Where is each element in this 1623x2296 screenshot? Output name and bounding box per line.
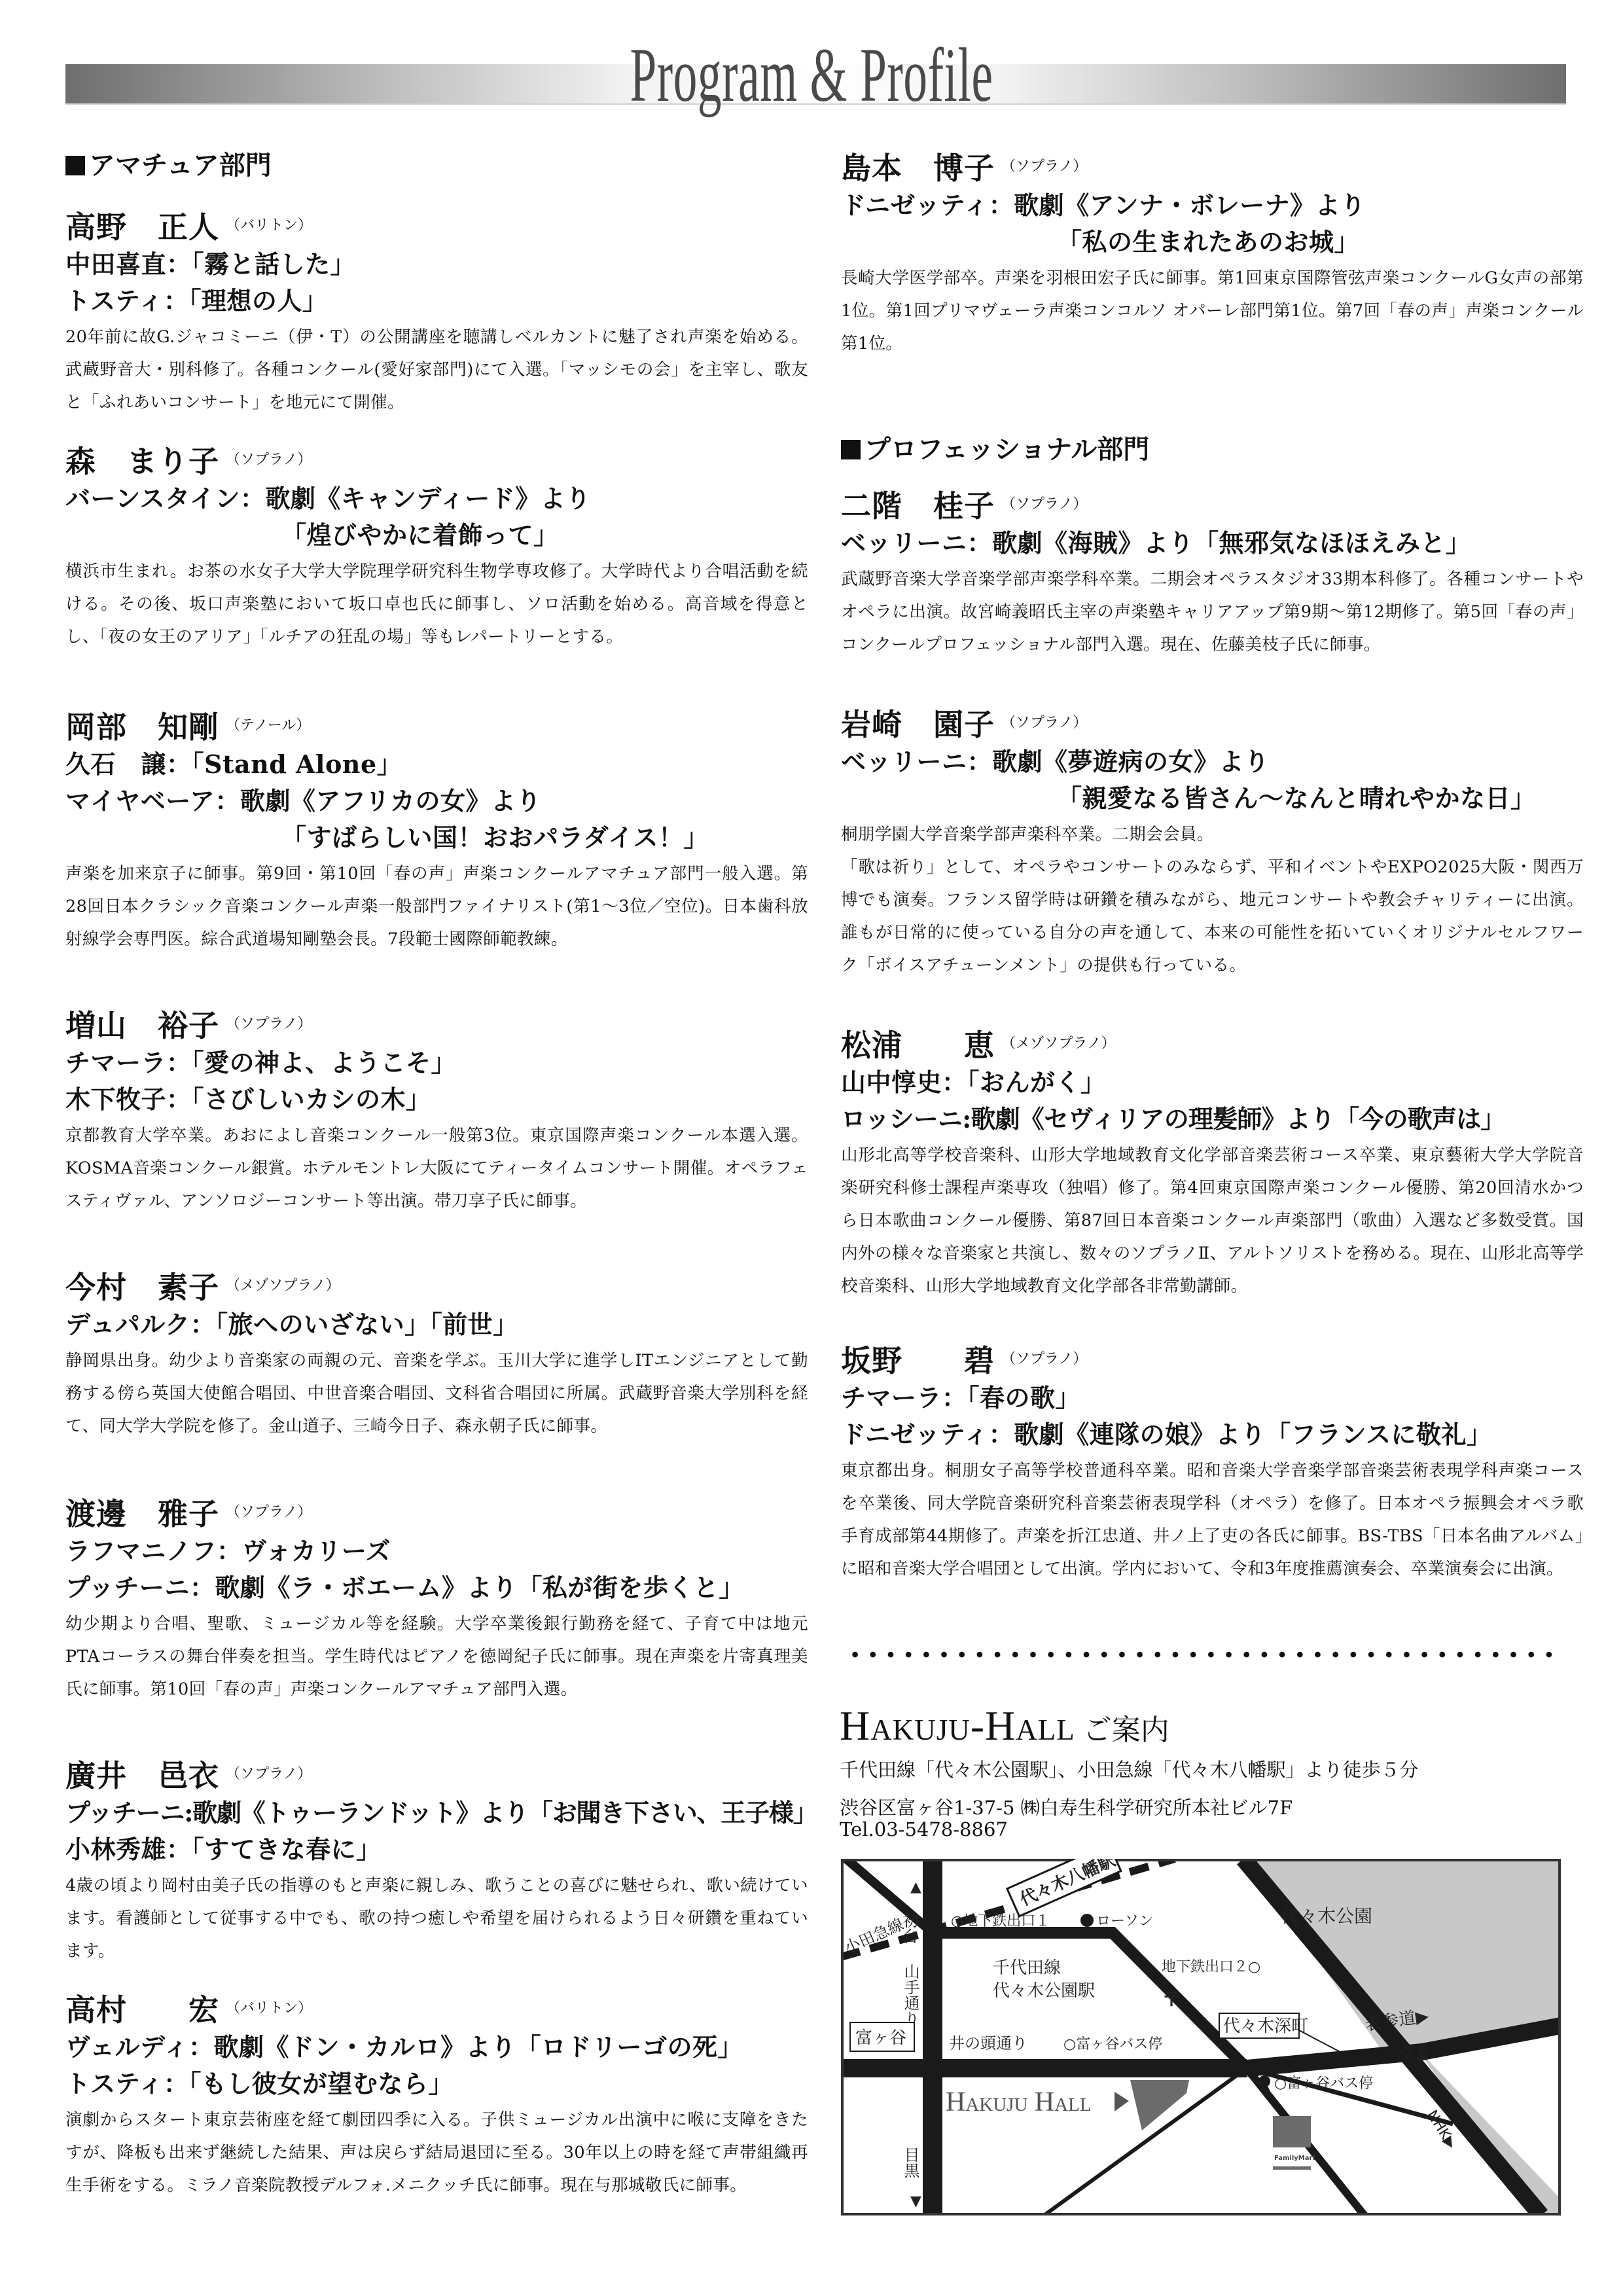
performer-name: 高野 正人 (65, 209, 219, 245)
program-item: ドニゼッティ：歌劇《連隊の娘》より「フランスに敬礼」 (841, 1416, 1584, 1453)
performer-name: 島本 博子 (841, 151, 995, 186)
square-bullet-icon (65, 156, 85, 175)
voice-part: （ソプラノ） (226, 1504, 312, 1520)
post-office-icon: 〒 (1162, 1988, 1181, 2011)
performer-entry: 高村 宏（バリトン） ヴェルディ：歌劇《ドン・カルロ》より「ロドリーゴの死」 ト… (65, 1991, 808, 2202)
access-info: 千代田線「代々木公園駅」、小田急線「代々木八幡駅」より徒歩５分 (840, 1755, 1419, 1782)
voice-part: （ソプラノ） (1001, 1351, 1087, 1367)
performer-bio: 長崎大学医学部卒。声楽を羽根田宏子氏に師事。第1回東京国際管弦声楽コンクールG女… (841, 262, 1584, 360)
performer-bio: 武蔵野音楽大学音楽学部声楽学科卒業。二期会オペラスタジオ33期本科修了。各種コン… (841, 563, 1584, 661)
yoyogi-fukamachi-label: 代々木深町 (1223, 2017, 1308, 2036)
tomigaya-bus-stop-1-label: ○富ヶ谷バス停 (1063, 2036, 1162, 2053)
performer-entry: 二階 桂子（ソプラノ） ベッリーニ：歌劇《海賊》より「無邪気なほほえみと」 武蔵… (841, 487, 1584, 661)
meguro-arrow-icon: ▼ (910, 2193, 921, 2210)
subway-exit-2-label: 地下鉄出口２○ (1162, 1959, 1260, 1975)
performer-name: 廣井 邑衣 (65, 1758, 219, 1793)
koban-marker-icon (1383, 2046, 1396, 2059)
performer-bio: 横浜市生まれ。お茶の水女子大学大学院理学研究科生物学専攻修了。大学時代より合唱活… (65, 555, 808, 653)
program-item: ドニゼッティ：歌劇《アンナ・ボレーナ》より (841, 187, 1584, 224)
section-heading-professional: プロフェッショナル部門 (841, 433, 1149, 466)
performer-entry: 増山 裕子（ソプラノ） チマーラ：「愛の神よ、ようこそ」 木下牧子：「さびしいカ… (65, 1007, 808, 1217)
program-item: プッチーニ：歌劇《ラ・ボエーム》より「私が街を歩くと」 (65, 1570, 808, 1606)
performer-name: 今村 素子 (65, 1270, 219, 1305)
program-item: 「私の生まれたあのお城」 (841, 224, 1584, 260)
program-item: プッチーニ:歌劇《トゥーランドット》より「お聞き下さい、王子様」 (65, 1795, 808, 1831)
performer-bio: 桐朋学園大学音楽学部声楽科卒業。二期会会員。 (841, 818, 1584, 851)
voice-part: （テノール） (226, 717, 310, 734)
program-item: マイヤベーア：歌劇《アフリカの女》より (65, 783, 808, 819)
voice-part: （メゾソプラノ） (1001, 1035, 1116, 1052)
program-item: ロッシーニ:歌劇《セヴィリアの理髪師》より「今の歌声は」 (841, 1101, 1584, 1138)
familymart-building (1273, 2116, 1311, 2147)
program-item: ベッリーニ：歌劇《海賊》より「無邪気なほほえみと」 (841, 525, 1584, 562)
performer-bio: 山形北高等学校音楽科、山形大学地域教育文化学部音楽芸術コース卒業、東京藝術大学大… (841, 1139, 1584, 1302)
performer-entry: 島本 博子（ソプラノ） ドニゼッティ：歌劇《アンナ・ボレーナ》より 「私の生まれ… (841, 149, 1584, 360)
program-item: チマーラ：「愛の神よ、ようこそ」 (65, 1045, 808, 1081)
program-item: 「親愛なる皆さん～なんと晴れやかな日」 (841, 780, 1584, 817)
performer-entry: 今村 素子（メゾソプラノ） デュパルク：「旅へのいざない」「前世」 静岡県出身。… (65, 1268, 808, 1443)
performer-bio: 幼少期より合唱、聖歌、ミュージカル等を経験。大学卒業後銀行勤務を経て、子育て中は… (65, 1607, 808, 1706)
performer-entry: 廣井 邑衣（ソプラノ） プッチーニ:歌劇《トゥーランドット》より「お聞き下さい、… (65, 1757, 808, 1967)
hakuju-hall-map-label: Hakuju Hall (946, 2087, 1092, 2117)
performer-name: 岡部 知剛 (65, 709, 219, 745)
program-item: 中田喜直：「霧と話した」 (65, 246, 808, 283)
performer-bio: 20年前に故G.ジャコミーニ（伊・T）の公開講座を聴講しベルカントに魅了され声楽… (65, 321, 808, 419)
program-item: 久石 譲：「Stand Alone」 (65, 746, 808, 783)
program-item: 山中惇史：「おんがく」 (841, 1064, 1584, 1101)
tomigaya-bus-stop-2-label: ○富ヶ谷バス停 (1274, 2075, 1373, 2092)
program-item: デュパルク：「旅へのいざない」「前世」 (65, 1306, 808, 1343)
page-title: Program & Profile (308, 37, 1315, 114)
lawson-label: ローソン (1096, 1913, 1153, 1929)
performer-name: 増山 裕子 (65, 1008, 219, 1043)
performer-name: 松浦 恵 (841, 1028, 995, 1063)
performer-bio: 静岡県出身。幼少より音楽家の両親の元、音楽を学ぶ。玉川大学に進学しITエンジニア… (65, 1344, 808, 1443)
performer-entry: 岡部 知剛（テノール） 久石 譲：「Stand Alone」 マイヤベーア：歌劇… (65, 708, 808, 956)
performer-bio-continued: 「歌は祈り」として、オペラやコンサートのみならず、平和イベントやEXPO2025… (841, 851, 1584, 982)
yoyogi-koen-station-label: 代々木公園駅 (993, 1981, 1095, 2001)
voice-part: （バリトン） (226, 217, 312, 234)
bus-stop-marker-icon (1258, 2075, 1270, 2087)
program-item: 小林秀雄：「すてきな春に」 (65, 1831, 808, 1868)
square-bullet-icon (841, 440, 861, 459)
performer-entry: 高野 正人（バリトン） 中田喜直：「霧と話した」 トスティ：「理想の人」 20年… (65, 208, 808, 419)
performer-entry: 岩崎 園子（ソプラノ） ベッリーニ：歌劇《夢遊病の女》より 「親愛なる皆さん～な… (841, 706, 1584, 982)
voice-part: （ソプラノ） (226, 1016, 312, 1032)
program-item: トスティ：「理想の人」 (65, 283, 808, 319)
subway-exit-1-label: ○地下鉄出口１ (951, 1913, 1050, 1929)
voice-part: （ソプラノ） (226, 1766, 312, 1782)
performer-entry: 坂野 碧（ソプラノ） チマーラ：「春の歌」 ドニゼッティ：歌劇《連隊の娘》より「… (841, 1342, 1584, 1585)
hatsudai-label: 初台 (900, 1912, 918, 1944)
program-item: ベッリーニ：歌劇《夢遊病の女》より (841, 744, 1584, 780)
voice-part: （ソプラノ） (1001, 496, 1087, 512)
performer-bio: 4歳の頃より岡村由美子氏の指導のもと声楽に親しみ、歌うことの喜びに魅せられ、歌い… (65, 1869, 808, 1967)
voice-part: （ソプラノ） (1001, 158, 1087, 175)
performer-bio: 演劇からスタート東京芸術座を経て劇団四季に入る。子供ミュージカル出演中に喉に支障… (65, 2104, 808, 2202)
program-item: 「煌びやかに着飾って」 (65, 517, 808, 554)
inokashira-dori-label: 井の頭通り (949, 2034, 1027, 2053)
tomigaya-label: 富ヶ谷 (855, 2028, 906, 2048)
performer-entry: 渡邊 雅子（ソプラノ） ラフマニノフ：ヴォカリーズ プッチーニ：歌劇《ラ・ボエー… (65, 1495, 808, 1706)
hatsudai-arrow-icon: ▲ (910, 1879, 921, 1895)
program-item: ラフマニノフ：ヴォカリーズ (65, 1533, 808, 1570)
venue-title: Hakuju-Hallご案内 (840, 1702, 1169, 1750)
program-item: トスティ：「もし彼女が望むなら」 (65, 2066, 808, 2102)
program-item: 木下牧子：「さびしいカシの木」 (65, 1081, 808, 1118)
performer-bio: 声楽を加来京子に師事。第9回・第10回「春の声」声楽コンクールアマチュア部門一般… (65, 857, 808, 956)
program-item: チマーラ：「春の歌」 (841, 1380, 1584, 1416)
yoyogi-park-label: 代々木公園 (1281, 1905, 1372, 1927)
guide-label: ご案内 (1083, 1713, 1169, 1747)
performer-bio: 東京都出身。桐朋女子高等学校普通科卒業。昭和音楽大学音楽学部音楽芸術表現学科声楽… (841, 1454, 1584, 1585)
hall-name: Hakuju-Hall (840, 1702, 1075, 1750)
lawson-marker-icon (1080, 1914, 1094, 1927)
voice-part: （バリトン） (226, 2000, 312, 2017)
performer-bio: 京都教育大学卒業。あおによし音楽コンクール一般第3位。東京国際声楽コンクール本選… (65, 1119, 808, 1217)
program-item: 「すばらしい国！おおパラダイス！」 (65, 819, 808, 856)
performer-name: 森 まり子 (65, 444, 219, 479)
performer-entry: 松浦 恵（メゾソプラノ） 山中惇史：「おんがく」 ロッシーニ:歌劇《セヴィリアの… (841, 1026, 1584, 1302)
section-heading-amateur: アマチュア部門 (65, 149, 272, 182)
dotted-divider (846, 1650, 1556, 1659)
voice-part: （ソプラノ） (1001, 715, 1087, 731)
access-map: 代々木八幡駅 小田急線 ▲ 初台 山手通り 目黒 ▼ 富ヶ谷 ○地下鉄出口１ ロ… (841, 1859, 1561, 2215)
familymart-label: FamilyMart (1274, 2155, 1315, 2162)
program-item: ヴェルディ：歌劇《ドン・カルロ》より「ロドリーゴの死」 (65, 2029, 808, 2066)
program-item: バーンスタイン：歌劇《キャンディード》より (65, 480, 808, 517)
performer-name: 二階 桂子 (841, 488, 995, 524)
performer-name: 坂野 碧 (841, 1343, 995, 1378)
performer-name: 高村 宏 (65, 1992, 219, 2028)
koban-label: 交番 (1399, 2045, 1430, 2063)
performer-entry: 森 まり子（ソプラノ） バーンスタイン：歌劇《キャンディード》より 「煌びやかに… (65, 442, 808, 653)
performer-name: 渡邊 雅子 (65, 1496, 219, 1532)
address: 渋谷区富ヶ谷1-37-5 ㈱白寿生科学研究所本社ビル7F (840, 1793, 1293, 1820)
chiyoda-line-label: 千代田線 (993, 1958, 1061, 1978)
performer-name: 岩崎 園子 (841, 707, 995, 742)
voice-part: （ソプラノ） (226, 452, 312, 468)
map-graphic: 代々木八幡駅 小田急線 ▲ 初台 山手通り 目黒 ▼ 富ヶ谷 ○地下鉄出口１ ロ… (841, 1859, 1561, 2215)
meguro-label: 目黒 (901, 2147, 919, 2179)
voice-part: （メゾソプラノ） (226, 1278, 340, 1294)
yamate-dori-label: 山手通り (901, 1964, 919, 2026)
telephone: Tel.03-5478-8867 (840, 1818, 1008, 1840)
